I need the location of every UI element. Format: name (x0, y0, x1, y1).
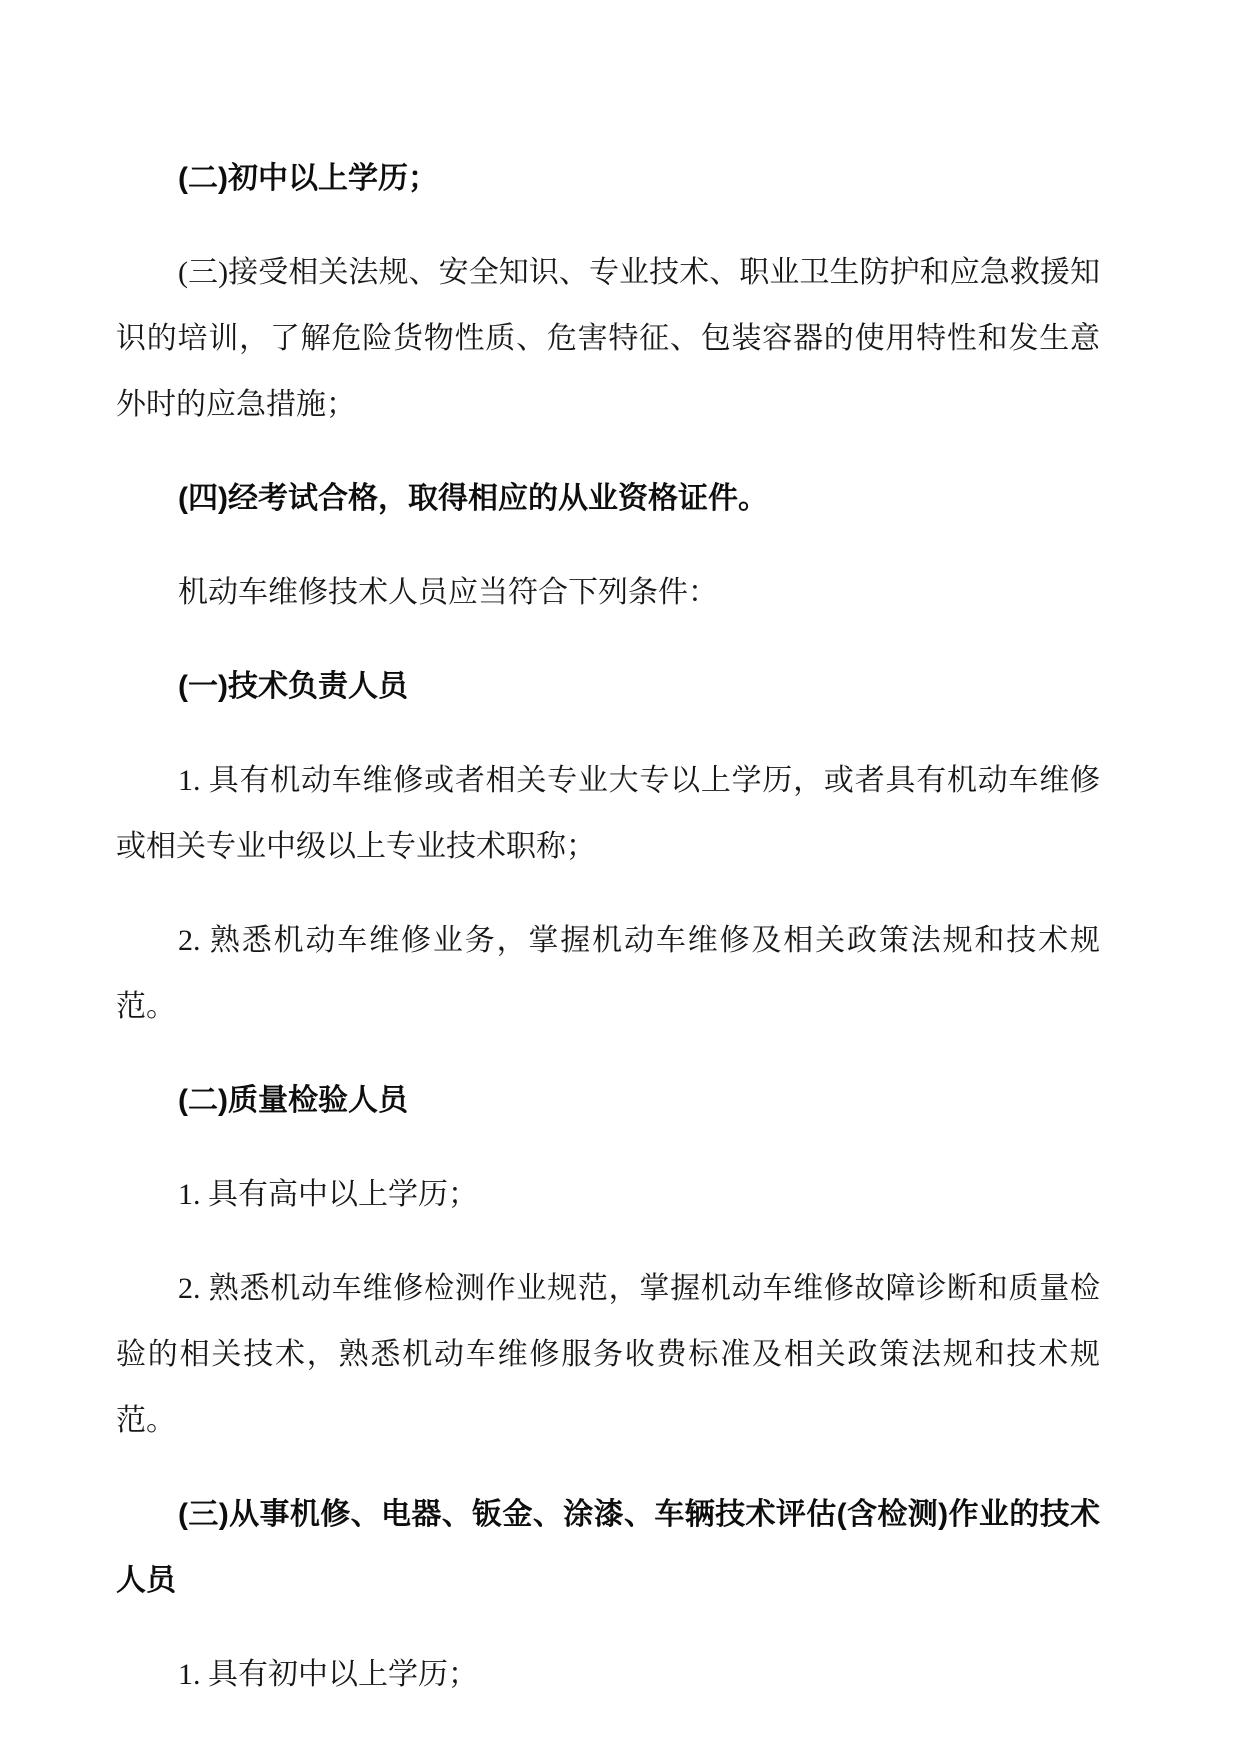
paragraph-heading-technical-director: (一)技术负责人员 (116, 654, 1100, 720)
paragraph-heading-exam-certificate: (四)经考试合格，取得相应的从业资格证件。 (116, 466, 1100, 532)
paragraph-heading-quality-inspector: (二)质量检验人员 (116, 1068, 1100, 1134)
paragraph-inspector-item-2: 2. 熟悉机动车维修检测作业规范，掌握机动车维修故障诊断和质量检验的相关技术，熟… (116, 1256, 1100, 1454)
paragraph-inspector-item-1: 1. 具有高中以上学历； (116, 1162, 1100, 1228)
paragraph-director-item-2: 2. 熟悉机动车维修业务，掌握机动车维修及相关政策法规和技术规范。 (116, 908, 1100, 1040)
document-page: (二)初中以上学历； (三)接受相关法规、安全知识、专业技术、职业卫生防护和应急… (0, 0, 1240, 1753)
paragraph-training-requirement: (三)接受相关法规、安全知识、专业技术、职业卫生防护和应急救援知识的培训，了解危… (116, 240, 1100, 438)
paragraph-director-item-1: 1. 具有机动车维修或者相关专业大专以上学历，或者具有机动车维修或相关专业中级以… (116, 748, 1100, 880)
paragraph-heading-repair-technicians: (三)从事机修、电器、钣金、涂漆、车辆技术评估(含检测)作业的技术人员 (116, 1482, 1100, 1614)
paragraph-technician-conditions-intro: 机动车维修技术人员应当符合下列条件： (116, 560, 1100, 626)
paragraph-repair-item-1: 1. 具有初中以上学历； (116, 1642, 1100, 1708)
paragraph-heading-junior-education: (二)初中以上学历； (116, 146, 1100, 212)
